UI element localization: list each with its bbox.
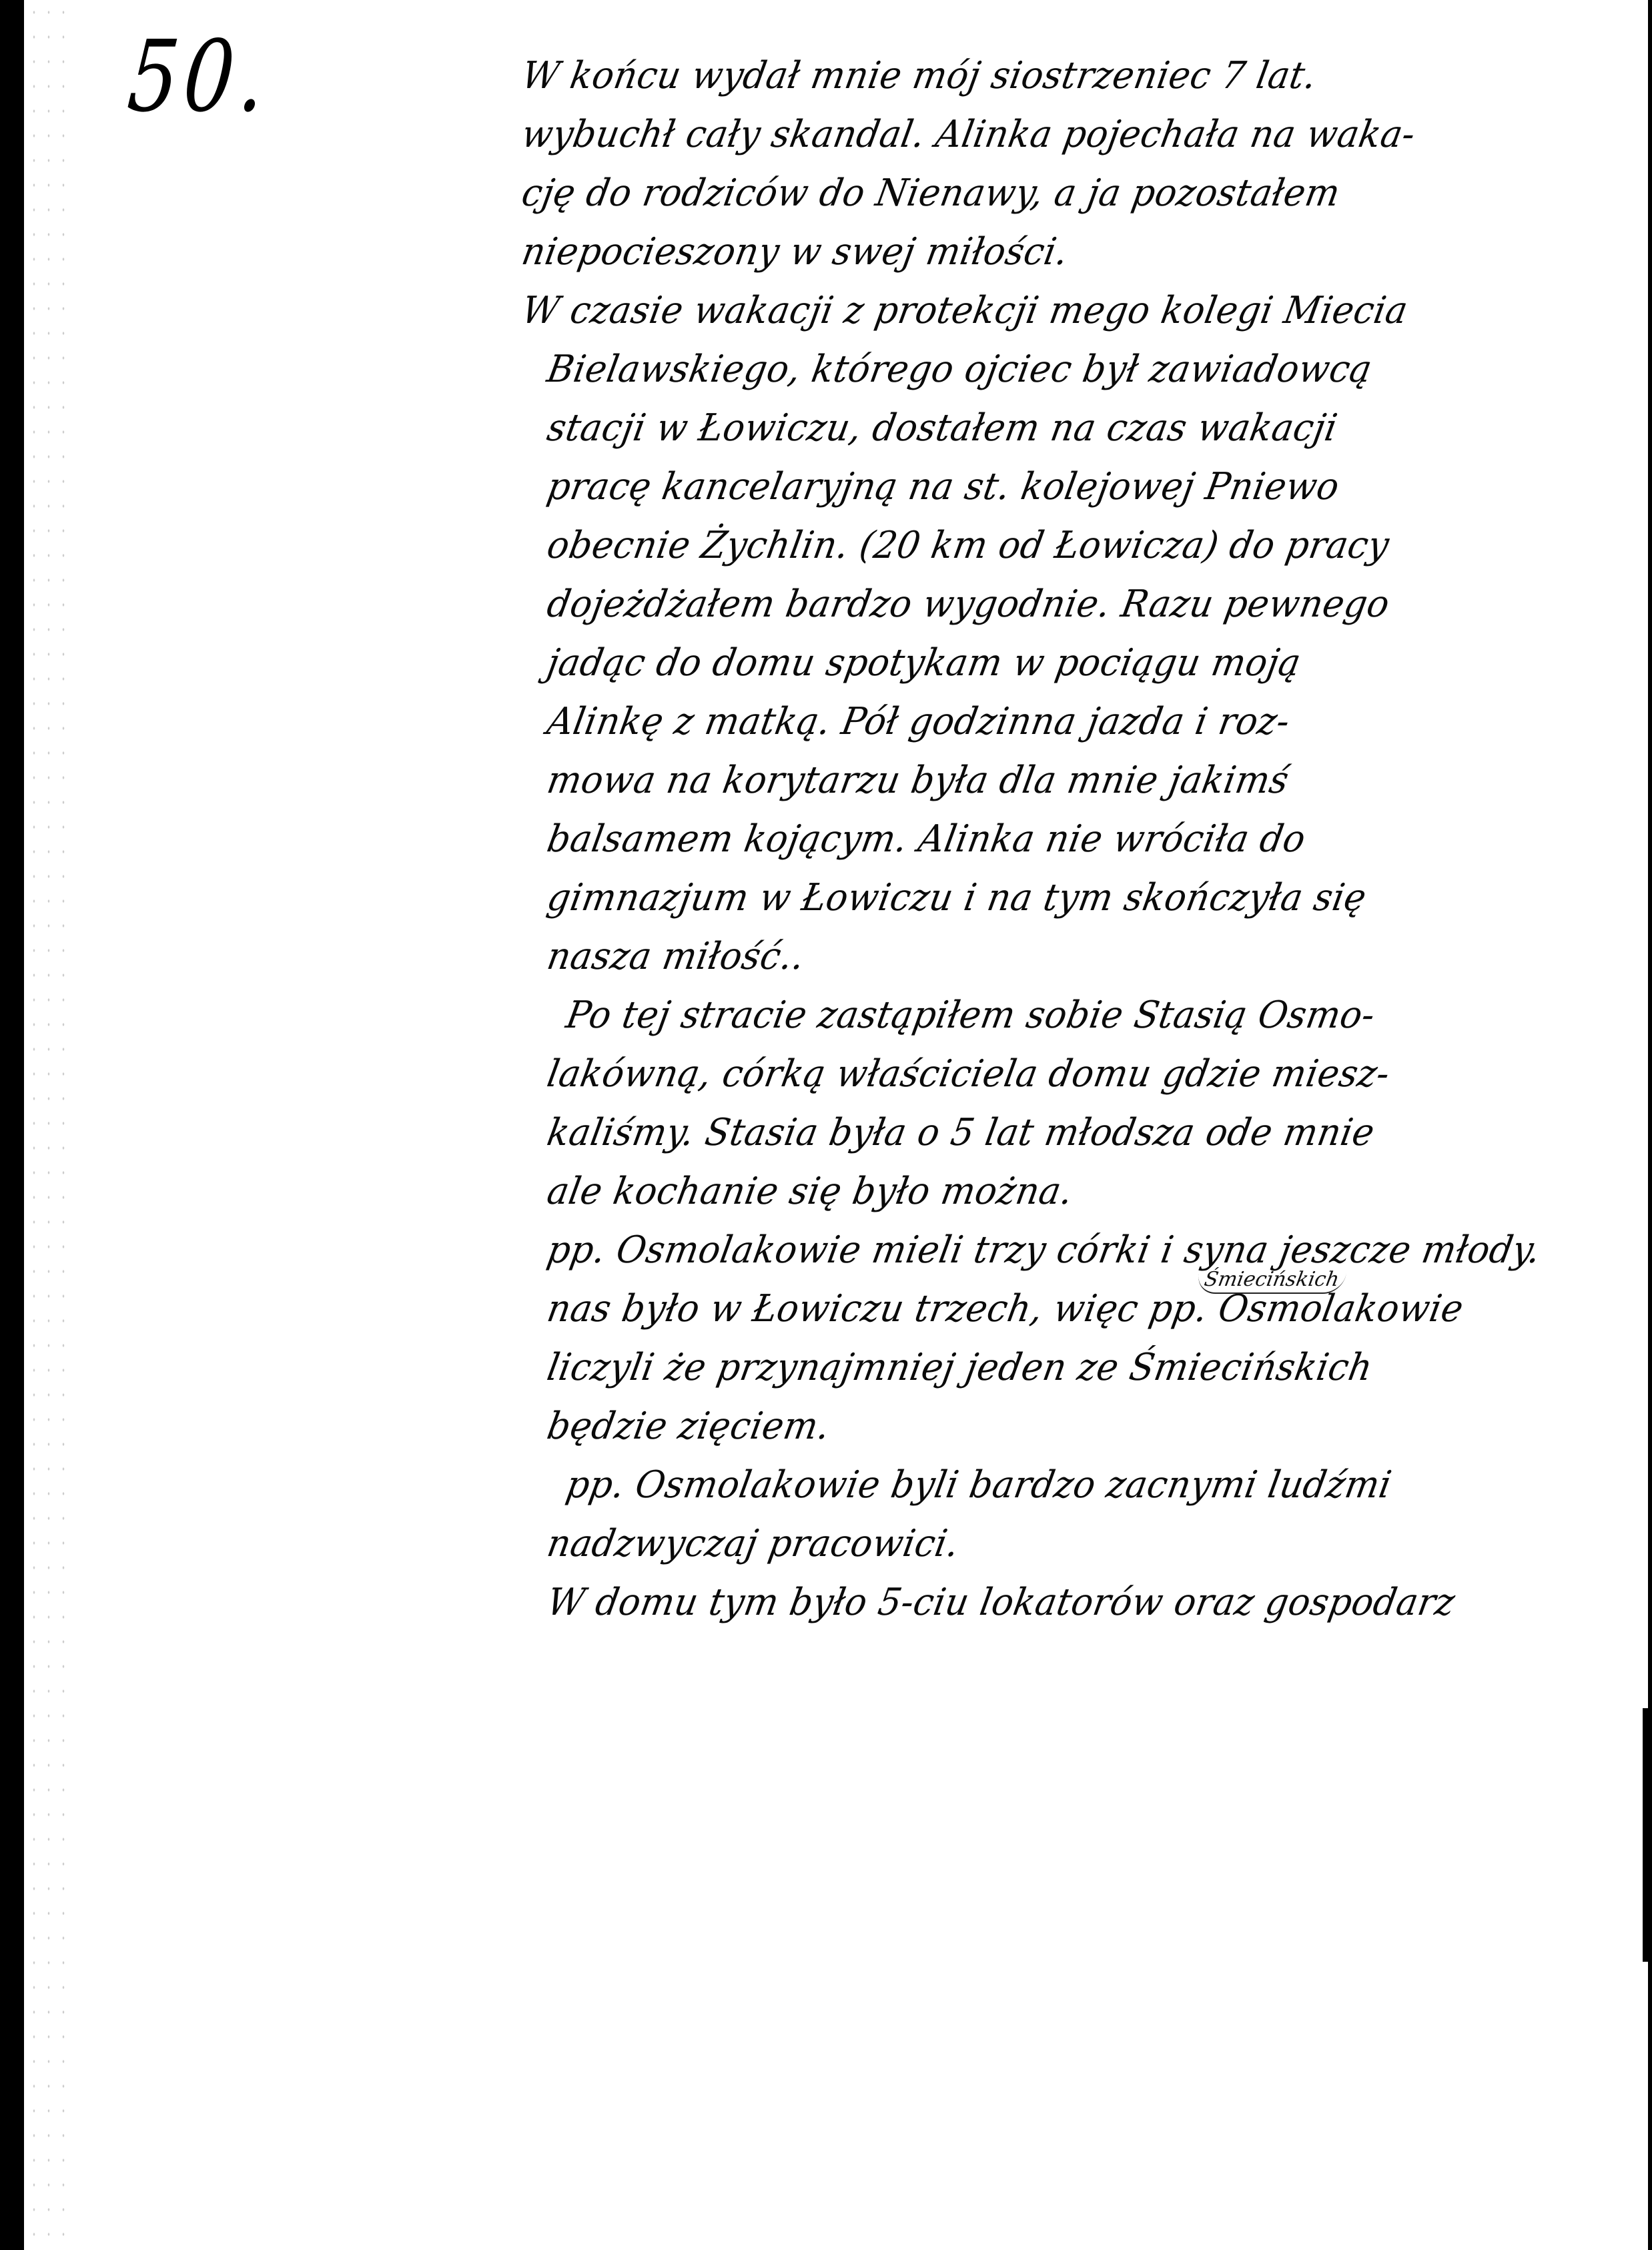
text-line: W końcu wydał mnie mój siostrzeniec 7 la…: [517, 47, 1580, 105]
text-line: ale kochanie się było można.: [517, 1162, 1580, 1221]
text-line: Po tej stracie zastąpiłem sobie Stasią O…: [517, 986, 1580, 1045]
text-line: wybuchł cały skandal. Alinka pojechała n…: [517, 105, 1580, 164]
text-line: nadzwyczaj pracowici.: [517, 1515, 1580, 1573]
text-line: Bielawskiego, którego ojciec był zawiado…: [517, 340, 1580, 399]
text-line: cję do rodziców do Nienawy, a ja pozosta…: [517, 164, 1580, 223]
text-line: obecnie Żychlin. (20 km od Łowicza) do p…: [517, 516, 1580, 575]
interlinear-insertion: Śmiecińskich: [1196, 1268, 1348, 1294]
text-line: dojeżdżałem bardzo wygodnie. Razu pewneg…: [517, 575, 1580, 634]
text-line: W czasie wakacji z protekcji mego kolegi…: [517, 282, 1580, 340]
text-line: pp. Osmolakowie mieli trzy córki i syna …: [517, 1221, 1580, 1280]
text-line: liczyli że przynajmniej jeden ze Śmieciń…: [517, 1339, 1580, 1397]
scan-noise: [27, 0, 73, 2250]
text-line: W domu tym było 5-ciu lokatorów oraz gos…: [517, 1573, 1580, 1632]
scan-right-edge-shadow: [1643, 1708, 1652, 1962]
text-line: mowa na korytarzu była dla mnie jakimś: [517, 751, 1580, 810]
scan-binding-edge: [0, 0, 24, 2250]
text-line: jadąc do domu spotykam w pociągu moją: [517, 634, 1580, 693]
text-line: pracę kancelaryjną na st. kolejowej Pnie…: [517, 458, 1580, 516]
page-number: 50.: [123, 19, 274, 134]
text-line: nasza miłość..: [517, 927, 1580, 986]
text-line: kaliśmy. Stasia była o 5 lat młodsza ode…: [517, 1104, 1580, 1162]
text-line: niepocieszony w swej miłości.: [517, 223, 1580, 282]
text-line: gimnazjum w Łowiczu i na tym skończyła s…: [517, 869, 1580, 927]
text-line: lakówną, córką właściciela domu gdzie mi…: [517, 1045, 1580, 1104]
text-line: balsamem kojącym. Alinka nie wróciła do: [517, 810, 1580, 869]
text-line: nas było w Łowiczu trzech, więc pp. Osmo…: [517, 1280, 1580, 1339]
text-line: Alinkę z matką. Pół godzinna jazda i roz…: [517, 693, 1580, 751]
handwritten-text-body: W końcu wydał mnie mój siostrzeniec 7 la…: [517, 47, 1625, 1632]
text-line: stacji w Łowiczu, dostałem na czas wakac…: [517, 399, 1580, 458]
text-line: pp. Osmolakowie byli bardzo zacnymi ludź…: [517, 1456, 1580, 1515]
text-line: będzie zięciem.: [517, 1397, 1580, 1456]
